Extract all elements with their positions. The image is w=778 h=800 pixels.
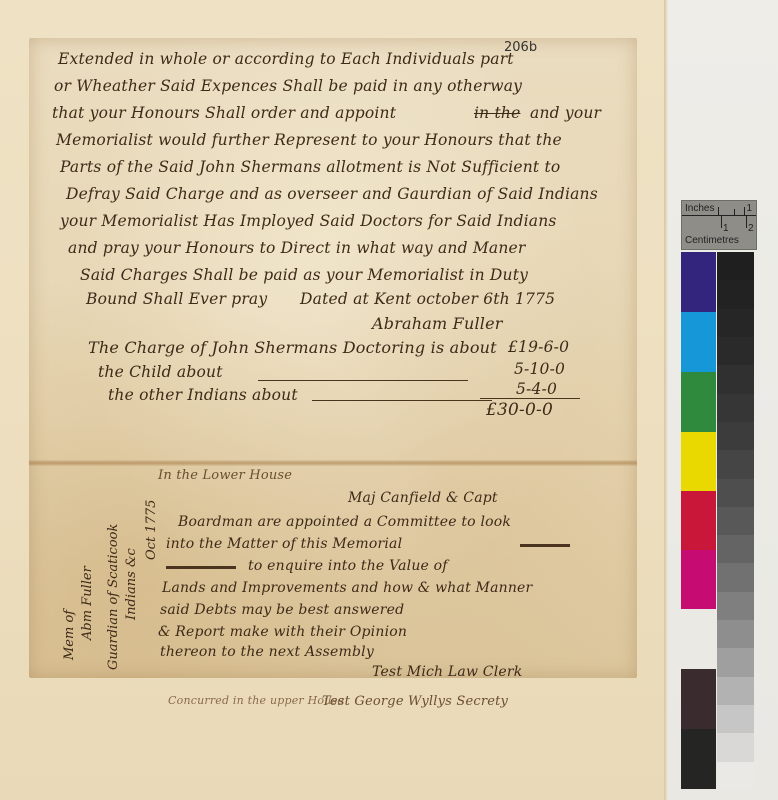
color-patch-black xyxy=(681,729,716,789)
gray-step xyxy=(717,422,754,450)
cm-mark: 2 xyxy=(748,223,754,234)
gray-step xyxy=(717,592,754,620)
color-patch-yellow xyxy=(681,432,716,491)
signature-abraham-fuller: Abraham Fuller xyxy=(372,314,503,333)
gray-step xyxy=(717,309,754,337)
gray-step xyxy=(717,648,754,676)
memorial-line: and pray your Honours to Direct in what … xyxy=(68,239,526,257)
endorsement-line: Lands and Improvements and how & what Ma… xyxy=(162,580,532,596)
color-patch-white xyxy=(681,609,716,669)
grayscale-strip xyxy=(717,252,754,790)
cm-mark: 1 xyxy=(723,223,729,234)
color-patch-magenta xyxy=(681,550,716,609)
color-patch-green xyxy=(681,372,716,432)
scale-tick xyxy=(746,216,747,228)
clerk-attestation: Test Mich Law Clerk xyxy=(372,664,522,680)
leader-line xyxy=(312,400,492,401)
docket-line: Indians &c xyxy=(124,548,139,620)
gray-step xyxy=(717,280,754,308)
ink-strikeout xyxy=(520,544,570,547)
ink-strikeout xyxy=(166,566,236,569)
gray-step xyxy=(717,733,754,761)
secretary-attestation: Test George Wyllys Secrety xyxy=(322,694,508,709)
charge-amount: 5-4-0 xyxy=(516,380,557,398)
endorsement-line: Boardman are appointed a Committee to lo… xyxy=(178,514,511,530)
color-patch-3-color-black xyxy=(681,669,716,729)
memorial-line: Said Charges Shall be paid as your Memor… xyxy=(80,266,528,284)
gray-step xyxy=(717,252,754,280)
endorsement-heading: In the Lower House xyxy=(158,468,292,483)
gray-step xyxy=(717,677,754,705)
memorial-line: or Wheather Said Expences Shall be paid … xyxy=(54,77,522,95)
charge-label: The Charge of John Shermans Doctoring is… xyxy=(88,338,497,357)
charge-label: the Child about xyxy=(98,363,223,381)
memorial-line-tail: and your xyxy=(530,104,601,122)
gray-step xyxy=(717,620,754,648)
scale-tick xyxy=(718,207,719,215)
endorsement-line: thereon to the next Assembly xyxy=(160,644,374,660)
color-patch-cyan xyxy=(681,312,716,372)
color-patches xyxy=(681,252,716,789)
gray-step xyxy=(717,705,754,733)
endorsement-line: said Debts may be best answered xyxy=(160,602,404,618)
scale-tick xyxy=(744,207,745,215)
dateline: Dated at Kent october 6th 1775 xyxy=(300,290,555,308)
gray-step xyxy=(717,563,754,591)
gray-step xyxy=(717,337,754,365)
gray-step xyxy=(717,450,754,478)
inch-mark: 1 xyxy=(746,203,752,214)
measurement-scale: Inches 1 1 2 Centimetres xyxy=(681,200,757,250)
charge-amount: £19-6-0 xyxy=(508,338,569,356)
committee-members: Maj Canfield & Capt xyxy=(348,490,498,506)
color-patch-red xyxy=(681,491,716,550)
gray-step xyxy=(717,394,754,422)
inches-label: Inches xyxy=(685,203,714,214)
memorial-line: Extended in whole or according to Each I… xyxy=(58,50,514,68)
struck-text: in the xyxy=(474,104,520,122)
memorial-line: Defray Said Charge and as overseer and G… xyxy=(66,185,598,203)
memorial-line: Bound Shall Ever pray xyxy=(86,290,267,308)
gray-step xyxy=(717,365,754,393)
color-patch-blue xyxy=(681,252,716,312)
sum-rule xyxy=(480,398,580,399)
docket-line: Mem of xyxy=(62,610,77,660)
memorial-line: that your Honours Shall order and appoin… xyxy=(52,104,396,122)
charge-total: £30-0-0 xyxy=(486,400,553,420)
docket-line: Abm Fuller xyxy=(80,566,95,640)
gray-step xyxy=(717,762,754,790)
centimetres-label: Centimetres xyxy=(685,235,739,246)
memorial-line: your Memorialist Has Imployed Said Docto… xyxy=(60,212,557,230)
docket-line: Oct 1775 xyxy=(144,500,159,560)
endorsement-line: into the Matter of this Memorial xyxy=(166,536,402,552)
memorial-line: Parts of the Said John Shermans allotmen… xyxy=(60,158,560,176)
gray-step xyxy=(717,535,754,563)
scale-baseline xyxy=(682,215,756,216)
charge-label: the other Indians about xyxy=(108,386,298,404)
endorsement-line: to enquire into the Value of xyxy=(248,558,448,574)
endorsement-line: & Report make with their Opinion xyxy=(158,624,407,640)
scale-tick xyxy=(721,216,722,228)
gray-step xyxy=(717,507,754,535)
docket-line: Guardian of Scaticook xyxy=(106,524,121,670)
upper-house-concurrence: Concurred in the upper House xyxy=(168,694,344,707)
charge-amount: 5-10-0 xyxy=(514,360,565,378)
leader-line xyxy=(258,380,468,381)
gray-step xyxy=(717,479,754,507)
fold-line xyxy=(29,460,637,466)
memorial-line: Memorialist would further Represent to y… xyxy=(56,131,562,149)
